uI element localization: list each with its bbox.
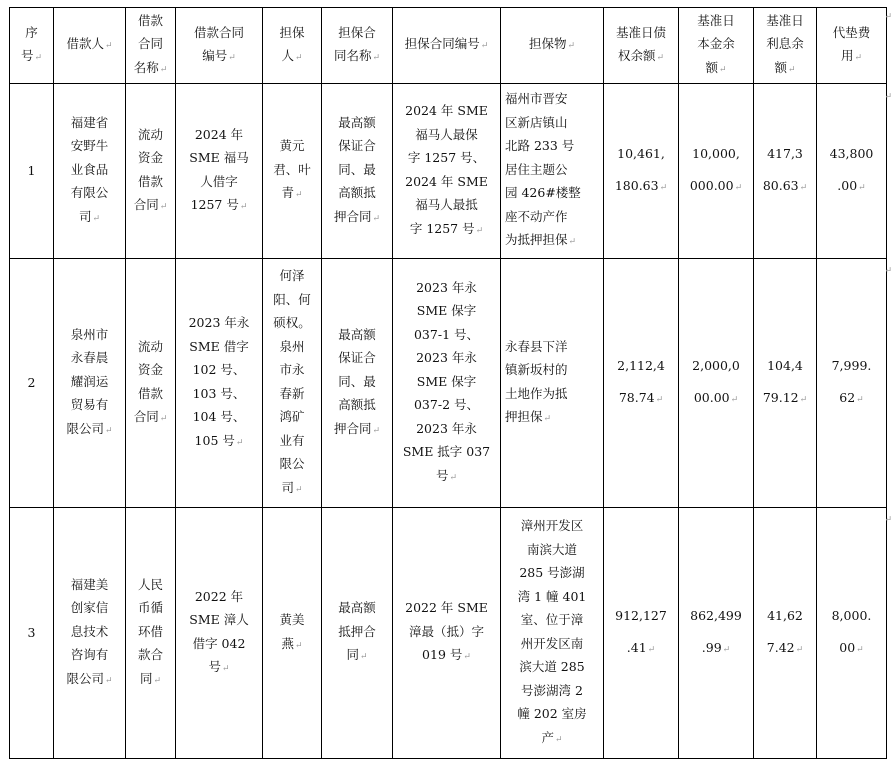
row-end-mark-icon: ↵ bbox=[884, 12, 892, 22]
cell-guarantee-contract-name: 最高额保证合同、最高额抵押合同↵ bbox=[322, 259, 393, 508]
cell-claim-balance: 912,127.41↵ bbox=[604, 508, 679, 759]
paragraph-mark-icon: ↵ bbox=[569, 237, 577, 247]
cell-guarantee-contract-no: 2022 年 SME漳最（抵）字019 号↵ bbox=[393, 508, 501, 759]
cell-guarantee-contract-name: 最高额抵押合同↵ bbox=[322, 508, 393, 759]
header-row: 序号↵ 借款人↵ 借款合同名称↵ 借款合同编号↵ 担保人↵ 担保合同名称↵ 担保… bbox=[10, 8, 887, 84]
paragraph-mark-icon: ↵ bbox=[295, 53, 303, 63]
paragraph-mark-icon: ↵ bbox=[295, 190, 303, 200]
header-guarantor: 担保人↵ bbox=[263, 8, 322, 84]
header-loan-contract-no: 借款合同编号↵ bbox=[176, 8, 263, 84]
paragraph-mark-icon: ↵ bbox=[481, 41, 489, 51]
cell-loan-contract-name: 人民币循环借款合同↵ bbox=[126, 508, 176, 759]
cell-borrower: 福建美创家信息技术咨询有限公司↵ bbox=[54, 508, 126, 759]
paragraph-mark-icon: ↵ bbox=[372, 214, 380, 224]
header-interest-balance: 基准日利息余额↵ bbox=[754, 8, 817, 84]
header-borrower: 借款人↵ bbox=[54, 8, 126, 84]
cell-serial-no: 2 bbox=[10, 259, 54, 508]
paragraph-mark-icon: ↵ bbox=[92, 214, 100, 224]
paragraph-mark-icon: ↵ bbox=[105, 426, 113, 436]
cell-claim-balance: 10,461,180.63↵ bbox=[604, 84, 679, 259]
paragraph-mark-icon: ↵ bbox=[153, 676, 161, 686]
cell-loan-contract-name: 流动资金借款合同↵ bbox=[126, 84, 176, 259]
cell-interest-balance: 41,627.42↵ bbox=[754, 508, 817, 759]
paragraph-mark-icon: ↵ bbox=[160, 414, 168, 424]
header-principal-balance: 基准日本金余额↵ bbox=[679, 8, 754, 84]
header-loan-contract-name: 借款合同名称↵ bbox=[126, 8, 176, 84]
paragraph-mark-icon: ↵ bbox=[731, 395, 739, 405]
paragraph-mark-icon: ↵ bbox=[463, 652, 471, 662]
cell-advance-fees: 7,999.62↵ bbox=[817, 259, 887, 508]
cell-collateral: 漳州开发区南滨大道285 号澎湖湾 1 幢 401室、位于漳州开发区南滨大道 2… bbox=[501, 508, 604, 759]
paragraph-mark-icon: ↵ bbox=[228, 53, 236, 63]
header-claim-balance: 基准日债权余额↵ bbox=[604, 8, 679, 84]
cell-guarantor: 黄元君、叶青↵ bbox=[263, 84, 322, 259]
paragraph-mark-icon: ↵ bbox=[222, 664, 230, 674]
table-row: 2 泉州市永春晨耀润运贸易有限公司↵ 流动资金借款合同↵ 2023 年永SME … bbox=[10, 259, 887, 508]
row-end-mark-icon: ↵ bbox=[884, 266, 892, 276]
paragraph-mark-icon: ↵ bbox=[372, 53, 380, 63]
table-row: 3 福建美创家信息技术咨询有限公司↵ 人民币循环借款合同↵ 2022 年SME … bbox=[10, 508, 887, 759]
paragraph-mark-icon: ↵ bbox=[856, 645, 864, 655]
row-end-mark-icon: ↵ bbox=[884, 515, 892, 525]
paragraph-mark-icon: ↵ bbox=[105, 676, 113, 686]
paragraph-mark-icon: ↵ bbox=[555, 735, 563, 745]
cell-borrower: 泉州市永春晨耀润运贸易有限公司↵ bbox=[54, 259, 126, 508]
cell-advance-fees: 43,800.00↵ bbox=[817, 84, 887, 259]
paragraph-mark-icon: ↵ bbox=[236, 438, 244, 448]
paragraph-mark-icon: ↵ bbox=[735, 183, 743, 193]
paragraph-mark-icon: ↵ bbox=[656, 395, 664, 405]
paragraph-mark-icon: ↵ bbox=[476, 226, 484, 236]
paragraph-mark-icon: ↵ bbox=[449, 473, 457, 483]
cell-serial-no: 1 bbox=[10, 84, 54, 259]
row-end-mark-icon: ↵ bbox=[884, 92, 892, 102]
cell-collateral: 永春县下洋镇新坂村的土地作为抵押担保↵ bbox=[501, 259, 604, 508]
cell-interest-balance: 417,380.63↵ bbox=[754, 84, 817, 259]
paragraph-mark-icon: ↵ bbox=[240, 202, 248, 212]
table-row: 1 福建省安野牛业食品有限公司↵ 流动资金借款合同↵ 2024 年SME 福马人… bbox=[10, 84, 887, 259]
paragraph-mark-icon: ↵ bbox=[34, 53, 42, 63]
header-serial-no: 序号↵ bbox=[10, 8, 54, 84]
cell-claim-balance: 2,112,478.74↵ bbox=[604, 259, 679, 508]
cell-principal-balance: 2,000,000.00↵ bbox=[679, 259, 754, 508]
cell-loan-contract-no: 2023 年永SME 借字102 号、103 号、104 号、105 号↵ bbox=[176, 259, 263, 508]
paragraph-mark-icon: ↵ bbox=[544, 414, 552, 424]
paragraph-mark-icon: ↵ bbox=[858, 183, 866, 193]
paragraph-mark-icon: ↵ bbox=[105, 41, 113, 51]
cell-principal-balance: 862,499.99↵ bbox=[679, 508, 754, 759]
cell-guarantor: 黄美燕↵ bbox=[263, 508, 322, 759]
cell-interest-balance: 104,479.12↵ bbox=[754, 259, 817, 508]
loan-claims-table: 序号↵ 借款人↵ 借款合同名称↵ 借款合同编号↵ 担保人↵ 担保合同名称↵ 担保… bbox=[9, 7, 887, 759]
cell-borrower: 福建省安野牛业食品有限公司↵ bbox=[54, 84, 126, 259]
paragraph-mark-icon: ↵ bbox=[723, 645, 731, 655]
paragraph-mark-icon: ↵ bbox=[360, 652, 368, 662]
paragraph-mark-icon: ↵ bbox=[648, 645, 656, 655]
paragraph-mark-icon: ↵ bbox=[660, 183, 668, 193]
cell-serial-no: 3 bbox=[10, 508, 54, 759]
paragraph-mark-icon: ↵ bbox=[800, 395, 808, 405]
cell-collateral: 福州市晋安区新店镇山北路 233 号居住主题公园 426#楼整座不动产作为抵押担… bbox=[501, 84, 604, 259]
cell-principal-balance: 10,000,000.00↵ bbox=[679, 84, 754, 259]
paragraph-mark-icon: ↵ bbox=[719, 65, 727, 75]
cell-guarantee-contract-no: 2023 年永SME 保字037-1 号、2023 年永SME 保字037-2 … bbox=[393, 259, 501, 508]
cell-loan-contract-name: 流动资金借款合同↵ bbox=[126, 259, 176, 508]
paragraph-mark-icon: ↵ bbox=[160, 65, 168, 75]
paragraph-mark-icon: ↵ bbox=[854, 53, 862, 63]
paragraph-mark-icon: ↵ bbox=[796, 645, 804, 655]
paragraph-mark-icon: ↵ bbox=[567, 41, 575, 51]
header-guarantee-contract-no: 担保合同编号↵ bbox=[393, 8, 501, 84]
paragraph-mark-icon: ↵ bbox=[160, 202, 168, 212]
cell-advance-fees: 8,000.00↵ bbox=[817, 508, 887, 759]
header-collateral: 担保物↵ bbox=[501, 8, 604, 84]
cell-loan-contract-no: 2022 年SME 漳人借字 042号↵ bbox=[176, 508, 263, 759]
paragraph-mark-icon: ↵ bbox=[656, 53, 664, 63]
paragraph-mark-icon: ↵ bbox=[295, 485, 303, 495]
paragraph-mark-icon: ↵ bbox=[788, 65, 796, 75]
paragraph-mark-icon: ↵ bbox=[372, 426, 380, 436]
paragraph-mark-icon: ↵ bbox=[856, 395, 864, 405]
paragraph-mark-icon: ↵ bbox=[295, 641, 303, 651]
header-advance-fees: 代垫费用↵ bbox=[817, 8, 887, 84]
cell-guarantee-contract-no: 2024 年 SME福马人最保字 1257 号、2024 年 SME福马人最抵字… bbox=[393, 84, 501, 259]
cell-loan-contract-no: 2024 年SME 福马人借字1257 号↵ bbox=[176, 84, 263, 259]
cell-guarantee-contract-name: 最高额保证合同、最高额抵押合同↵ bbox=[322, 84, 393, 259]
paragraph-mark-icon: ↵ bbox=[800, 183, 808, 193]
header-guarantee-contract-name: 担保合同名称↵ bbox=[322, 8, 393, 84]
cell-guarantor: 何泽阳、何硕权。泉州市永春新鸿矿业有限公司↵ bbox=[263, 259, 322, 508]
